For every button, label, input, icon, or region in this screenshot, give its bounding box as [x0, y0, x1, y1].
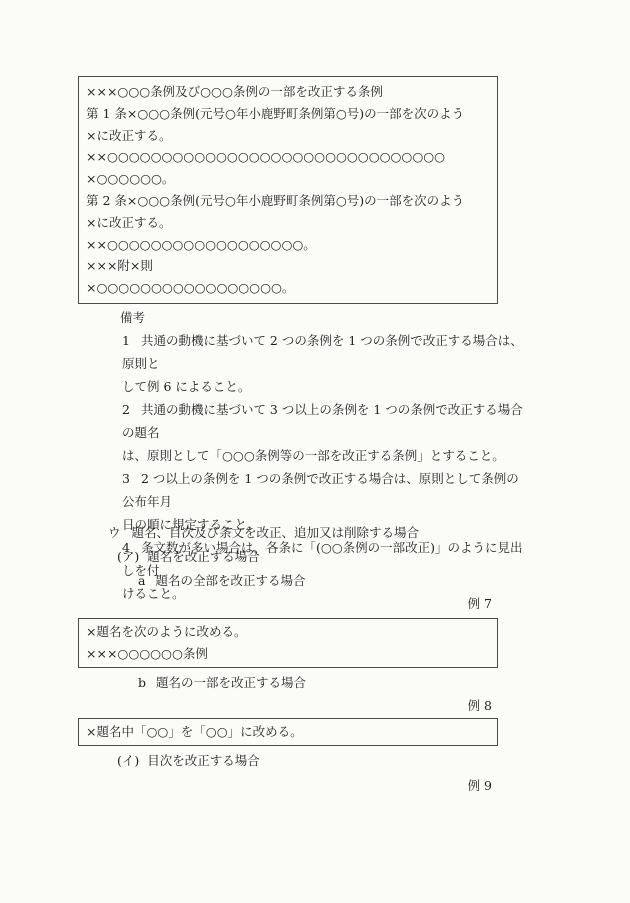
heading-title: 題名、目次及び条文を改正、追加又は削除する場合: [132, 525, 420, 540]
box-line: ×題名を次のように改める。: [86, 621, 490, 643]
box-line: 第 2 条×○○○条例(元号○年小鹿野町条例第○号)の一部を次のよう: [86, 190, 490, 212]
box-line: ×××附×則: [86, 255, 490, 277]
remark-number: 2: [122, 402, 130, 417]
remark-text: 共通の動機に基づいて 3 つ以上の条例を 1 つの条例で改正する場合の題名 は、…: [122, 402, 523, 463]
heading-marker: b: [138, 671, 146, 694]
heading-marker: (イ): [117, 749, 139, 772]
example8-label: 例 8: [78, 694, 492, 717]
box-line: ××○○○○○○○○○○○○○○○○○○○○○○○○○○○○○○○: [86, 146, 490, 168]
box-line: ×○○○○○○。: [86, 168, 490, 190]
remark-text: 共通の動機に基づいて 2 つの条例を 1 つの条例で改正する場合は、原則と して…: [122, 333, 523, 394]
main-example-box: ×××○○○条例及び○○○条例の一部を改正する条例 第 1 条×○○○条例(元号…: [78, 76, 498, 304]
box-line: ×に改正する。: [86, 125, 490, 147]
example8-box: ×題名中「○○」を「○○」に改める。: [78, 718, 498, 746]
box-line: ××○○○○○○○○○○○○○○○○○○。: [86, 234, 490, 256]
box-line: ×○○○○○○○○○○○○○○○○○。: [86, 277, 490, 299]
heading-marker: ウ: [108, 521, 121, 544]
heading-u: ウ題名、目次及び条文を改正、追加又は削除する場合: [108, 521, 419, 544]
heading-marker: (ア): [117, 545, 139, 568]
box-line: 第 1 条×○○○条例(元号○年小鹿野町条例第○号)の一部を次のよう: [86, 103, 490, 125]
box-line: ×××○○○条例及び○○○条例の一部を改正する条例: [86, 81, 490, 103]
heading-i-paren: (イ)目次を改正する場合: [117, 749, 260, 772]
remark-number: 1: [122, 333, 130, 348]
heading-title: 題名を改正する場合: [147, 549, 260, 564]
box-line: ×題名中「○○」を「○○」に改める。: [86, 721, 490, 743]
box-line: ×に改正する。: [86, 212, 490, 234]
heading-title: 題名の一部を改正する場合: [156, 675, 306, 690]
box-line: ×××○○○○○○条例: [86, 643, 490, 665]
heading-marker: a: [138, 569, 145, 592]
remark-number: 3: [122, 471, 130, 486]
remarks-label: 備考: [120, 306, 530, 329]
heading-a-paren: (ア)題名を改正する場合: [117, 545, 260, 568]
heading-title: 題名の全部を改正する場合: [155, 573, 305, 588]
example9-label: 例 9: [78, 774, 492, 797]
example7-box: ×題名を次のように改める。 ×××○○○○○○条例: [78, 618, 498, 668]
heading-a: a題名の全部を改正する場合: [138, 569, 305, 592]
example7-label: 例 7: [78, 592, 492, 615]
remark-item: 2共通の動機に基づいて 3 つ以上の条例を 1 つの条例で改正する場合の題名 は…: [122, 398, 530, 467]
heading-b: b題名の一部を改正する場合: [138, 671, 306, 694]
heading-title: 目次を改正する場合: [147, 753, 260, 768]
remark-item: 1共通の動機に基づいて 2 つの条例を 1 つの条例で改正する場合は、原則と し…: [122, 329, 530, 398]
document-page: ×××○○○条例及び○○○条例の一部を改正する条例 第 1 条×○○○条例(元号…: [0, 0, 630, 903]
